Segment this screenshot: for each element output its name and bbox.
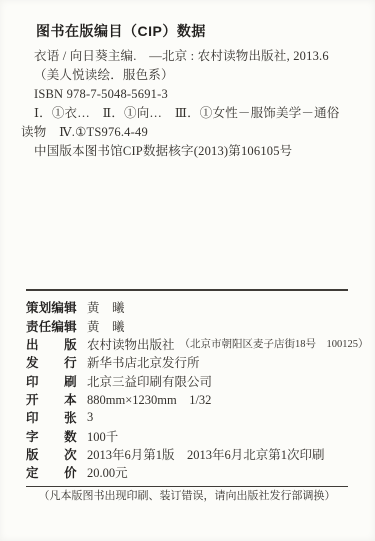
colophon-row-publisher: 出 版 农村读物出版社 （北京市朝阳区麦子店街18号 100125） bbox=[26, 335, 359, 353]
cip-isbn-line: ISBN 978-7-5048-5691-3 bbox=[21, 85, 359, 104]
footer-note: （凡本版图书出现印刷、装订错误，请向出版社发行部调换） bbox=[26, 489, 348, 504]
row-label: 定 价 bbox=[26, 463, 78, 481]
row-label: 字 数 bbox=[26, 427, 78, 445]
row-value: 北京三益印刷有限公司 bbox=[87, 372, 212, 390]
row-value: 黄 曦 bbox=[87, 298, 125, 316]
colophon-row-word-count: 字 数 100千 bbox=[26, 426, 359, 444]
colophon-row-sheets: 印 张 3 bbox=[26, 408, 359, 426]
colophon-block: 策划编辑 黄 曦 责任编辑 黄 曦 出 版 农村读物出版社 （北京市朝阳区麦子店… bbox=[26, 298, 359, 481]
row-value: 3 bbox=[87, 410, 93, 425]
cip-series-line: （美人悦读绘．服色系） bbox=[21, 66, 359, 85]
row-label: 策划编辑 bbox=[26, 298, 78, 316]
colophon-row-planning-editor: 策划编辑 黄 曦 bbox=[26, 298, 359, 316]
row-value: 黄 曦 bbox=[87, 317, 125, 335]
colophon-row-responsible-editor: 责任编辑 黄 曦 bbox=[26, 316, 359, 334]
colophon-row-printer: 印 刷 北京三益印刷有限公司 bbox=[26, 371, 359, 389]
colophon-row-format: 开 本 880mm×1230mm 1/32 bbox=[26, 390, 359, 408]
cip-record-number-line: 中国版本图书馆CIP数据核字(2013)第106105号 bbox=[21, 142, 359, 161]
cip-classification-line-1: Ⅰ．①衣… Ⅱ．①向… Ⅲ．①女性－服饰美学－通俗 bbox=[21, 104, 359, 123]
row-value: 20.00元 bbox=[87, 463, 128, 481]
row-label: 责任编辑 bbox=[26, 317, 78, 335]
top-divider bbox=[26, 289, 348, 291]
colophon-row-edition: 版 次 2013年6月第1版 2013年6月北京第1次印刷 bbox=[26, 445, 359, 463]
cip-block: 图书在版编目（CIP）数据 衣语 / 向日葵主编. —北京 : 农村读物出版社,… bbox=[21, 21, 359, 161]
row-value: 100千 bbox=[87, 427, 118, 445]
colophon-row-price: 定 价 20.00元 bbox=[26, 463, 359, 481]
row-label: 印 张 bbox=[26, 408, 78, 426]
row-label: 出 版 bbox=[26, 335, 78, 353]
row-label: 版 次 bbox=[26, 445, 78, 463]
row-label: 发 行 bbox=[26, 353, 78, 371]
bottom-divider bbox=[26, 486, 348, 487]
publisher-address: （北京市朝阳区麦子店街18号 100125） bbox=[180, 336, 369, 351]
row-value: 2013年6月第1版 2013年6月北京第1次印刷 bbox=[87, 445, 325, 463]
row-value: 农村读物出版社 bbox=[87, 335, 175, 353]
row-value: 880mm×1230mm 1/32 bbox=[87, 390, 211, 408]
cip-title: 图书在版编目（CIP）数据 bbox=[36, 21, 359, 41]
row-label: 印 刷 bbox=[26, 372, 78, 390]
cip-classification-line-2: 读物 Ⅳ.①TS976.4-49 bbox=[21, 123, 359, 142]
row-value: 新华书店北京发行所 bbox=[87, 353, 200, 371]
row-label: 开 本 bbox=[26, 390, 78, 408]
cip-book-line: 衣语 / 向日葵主编. —北京 : 农村读物出版社, 2013.6 bbox=[21, 47, 359, 66]
copyright-page: 图书在版编目（CIP）数据 衣语 / 向日葵主编. —北京 : 农村读物出版社,… bbox=[0, 0, 375, 541]
colophon-row-distributor: 发 行 新华书店北京发行所 bbox=[26, 353, 359, 371]
